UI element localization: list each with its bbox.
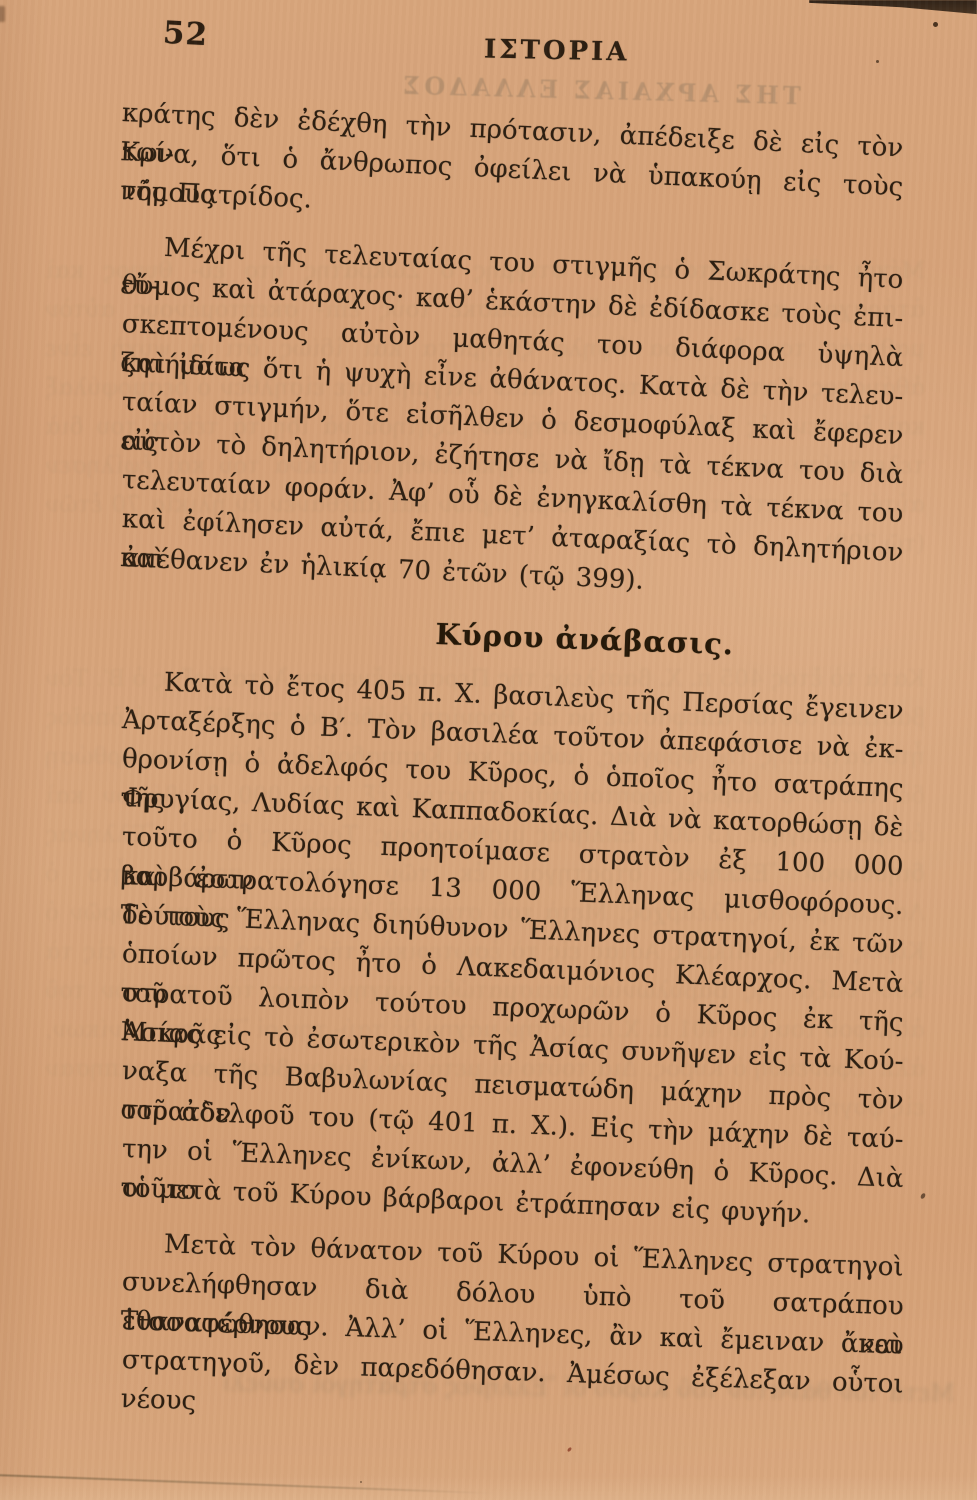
page-crease <box>0 1474 494 1494</box>
paragraph: Κατὰ τὸ ἔτος 405 π. Χ. βασιλεὺς τῆς Περσ… <box>122 662 904 1208</box>
running-header: ΙΣΤΟΡΙΑ <box>484 34 630 67</box>
paragraph: Μέχρι τῆς τελευταίας του στιγμῆς ὁ Σωκρά… <box>122 227 904 578</box>
paper-speck <box>920 1192 926 1199</box>
page-number: 52 <box>162 15 209 53</box>
scan-edge-shadow <box>809 0 977 16</box>
paper-speck <box>876 60 879 63</box>
paper-speck <box>933 22 938 27</box>
paper-speck <box>360 1481 362 1483</box>
scan-edge-mark <box>0 6 5 22</box>
book-page: 52 ΙΣΤΟΡΙΑ ΤΗΣ ΑΡΧΑΙΑΣ ΕΛΛΑΔΟΣ Μέχρι τῆς… <box>0 0 977 1500</box>
paragraph: Μετὰ τὸν θάνατον τοῦ Κύρου οἱ Ἕλληνες στ… <box>122 1224 904 1380</box>
paragraph: κράτης δὲν ἐδέχθη τὴν πρότασιν, ἀπέδειξε… <box>122 94 904 211</box>
paper-speck <box>567 1447 573 1453</box>
text-block: κράτης δὲν ἐδέχθη τὴν πρότασιν, ἀπέδειξε… <box>122 94 904 1380</box>
